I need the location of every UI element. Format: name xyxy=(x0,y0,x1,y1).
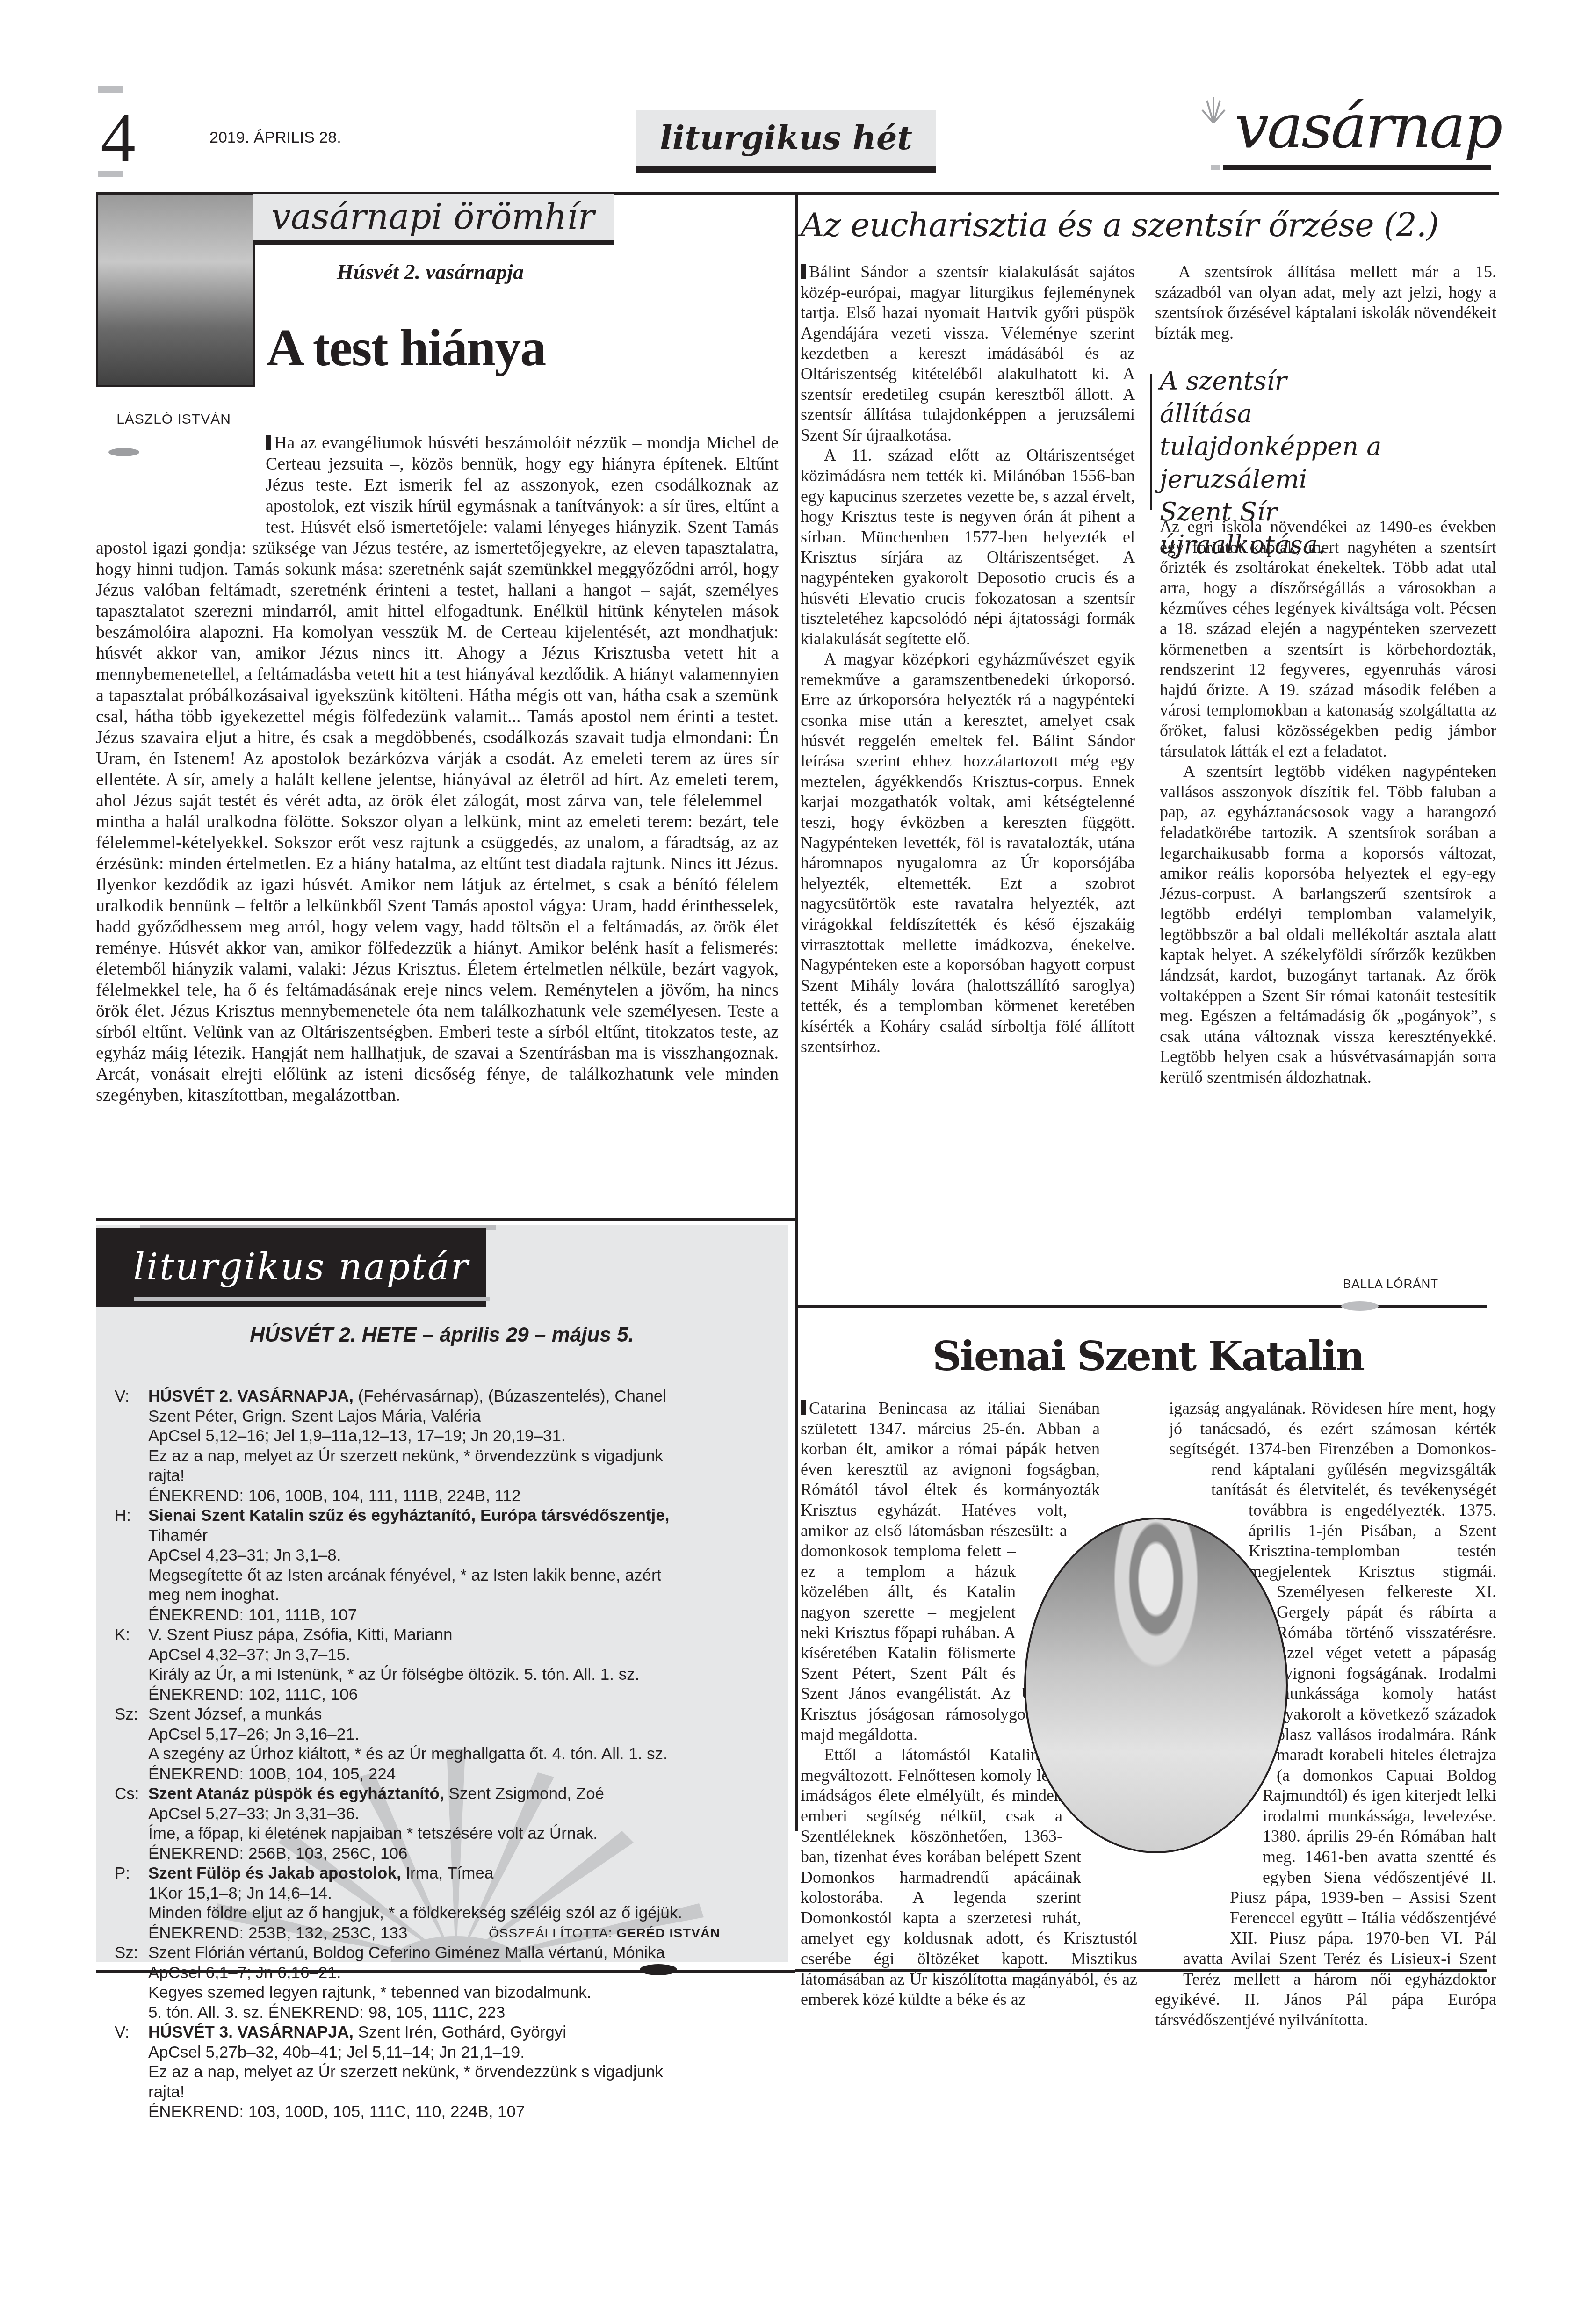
day-label: K: xyxy=(115,1625,148,1705)
page-number-bar-top xyxy=(98,86,123,93)
hymn-order: ÉNEKREND: 102, 111C, 106 xyxy=(148,1685,639,1705)
feast-name: HÚSVÉT 2. VASÁRNAPJA, xyxy=(148,1387,354,1405)
hymn-order: ÉNEKREND: 106, 100B, 104, 111, 111B, 224… xyxy=(148,1486,666,1506)
eucharisztia-col2: Az egri iskola növendékei az 1490-es éve… xyxy=(1160,517,1496,1088)
brand-underline-dark xyxy=(1223,165,1491,170)
paragraph: Az egri iskola növendékei az 1490-es éve… xyxy=(1160,517,1496,761)
author-name: LÁSZLÓ ISTVÁN xyxy=(96,412,252,427)
readings: ApCsel 5,27–33; Jn 3,31–36. xyxy=(148,1804,604,1824)
float-spacer xyxy=(1155,1880,1230,1941)
section-rubric: liturgikus hét xyxy=(636,110,936,173)
naptar-day: Sz: Szent Flórián vértanú, Boldog Ceferi… xyxy=(115,1943,783,2023)
saint-catherine-image xyxy=(1024,1518,1288,1853)
paragraph: Bálint Sándor a szentsír kialakulását sa… xyxy=(801,262,1135,444)
paragraph: A szentsírok állítása mellett már a 15. … xyxy=(1155,262,1496,343)
naptar-bottom-rule xyxy=(96,1970,795,1973)
paragraph-marker xyxy=(266,435,271,450)
day-label: Sz: xyxy=(115,1705,148,1784)
day-label: P: xyxy=(115,1864,148,1943)
naptar-ornament xyxy=(640,1964,677,1975)
naptar-day: Cs: Szent Atanáz püspök és egyháztanító,… xyxy=(115,1784,783,1864)
katalin-headline: Sienai Szent Katalin xyxy=(800,1333,1496,1380)
line: Tihamér xyxy=(148,1526,669,1546)
feast-names: Szent Irén, Gothárd, Györgyi xyxy=(354,2023,566,2041)
oromhir-bottom-rule xyxy=(96,1218,795,1221)
naptar-day: V: HÚSVÉT 2. VASÁRNAPJA, (Fehérvasárnap)… xyxy=(115,1387,783,1506)
readings: ApCsel 5,17–26; Jn 3,16–21. xyxy=(148,1725,668,1745)
pullquote-rule xyxy=(1150,374,1152,510)
credit-label: ÖSSZEÁLLÍTOTTA: xyxy=(489,1926,612,1940)
oromhir-body: Ha az evangéliumok húsvéti beszámolóit n… xyxy=(96,433,779,1106)
eucharisztia-author: BALLA LÓRÁNT xyxy=(1343,1277,1438,1291)
issue-date: 2019. ÁPRILIS 28. xyxy=(209,129,341,147)
naptar-day: Sz: Szent József, a munkás ApCsel 5,17–2… xyxy=(115,1705,783,1784)
hymn-order: ÉNEKREND: 256B, 103, 256C, 106 xyxy=(148,1844,604,1864)
hymn-order: 5. tón. All. 3. sz. ÉNEKREND: 98, 105, 1… xyxy=(148,2003,665,2023)
eucharisztia-col2-top: A szentsírok állítása mellett már a 15. … xyxy=(1155,262,1496,343)
eucharisztia-ornament xyxy=(1341,1301,1379,1311)
antiphon: Megsegítette őt az Isten arcának fényéve… xyxy=(148,1566,669,1586)
oromhir-rubric: vasárnapi örömhír xyxy=(253,194,614,245)
feast-name: HÚSVÉT 3. VASÁRNAPJA, xyxy=(148,2023,354,2041)
brand-underline xyxy=(1211,165,1220,170)
naptar-day: H: Sienai Szent Katalin szűz és egyházta… xyxy=(115,1506,783,1625)
paragraph-marker xyxy=(801,1400,806,1415)
float-spacer xyxy=(1100,1398,1137,1506)
feast-name: Szent Atanáz püspök és egyháztanító, xyxy=(148,1785,444,1803)
feast-names: Szent Zsigmond, Zoé xyxy=(444,1785,604,1803)
eucharisztia-headline: Az eucharisztia és a szentsír őrzése (2.… xyxy=(801,206,1438,244)
float-spacer xyxy=(1155,1478,1211,1520)
newspaper-brand: vasárnap xyxy=(1235,96,1501,157)
feast-name: Szent Fülöp és Jakab apostolok, xyxy=(148,1864,401,1882)
readings: ApCsel 4,23–31; Jn 3,1–8. xyxy=(148,1546,669,1566)
readings: ApCsel 5,27b–32, 40b–41; Jel 5,11–14; Jn… xyxy=(148,2043,663,2063)
naptar-subtitle: HÚSVÉT 2. HETE – április 29 – május 5. xyxy=(96,1323,788,1347)
naptar-day: K: V. Szent Piusz pápa, Zsófia, Kitti, M… xyxy=(115,1625,783,1705)
antiphon-cont: rajta! xyxy=(148,2082,663,2103)
author-photo xyxy=(96,194,255,387)
antiphon: Ez az a nap, melyet az Úr szerzett nekün… xyxy=(148,2062,663,2082)
antiphon: Király az Úr, a mi Istenünk, * az Úr föl… xyxy=(148,1665,639,1685)
page-number-bar-bottom xyxy=(98,171,123,177)
page-number: 4 xyxy=(101,103,136,173)
day-label: Cs: xyxy=(115,1784,148,1864)
oromhir-headline: A test hiánya xyxy=(267,318,545,378)
readings: ApCsel 4,32–37; Jn 3,7–15. xyxy=(148,1645,639,1665)
paragraph: A 11. század előtt az Oltáriszentséget k… xyxy=(801,445,1135,649)
sunburst-icon xyxy=(1199,96,1228,124)
feast-name: Sienai Szent Katalin szűz és egyháztanít… xyxy=(148,1506,669,1525)
antiphon: Íme, a főpap, ki életének napjaiban * te… xyxy=(148,1824,604,1844)
float-spacer xyxy=(96,433,266,538)
paragraph: A magyar középkori egyházművészet egyik … xyxy=(801,649,1135,1057)
hymn-order: ÉNEKREND: 100B, 104, 105, 224 xyxy=(148,1764,668,1785)
feast-names: V. Szent Piusz pápa, Zsófia, Kitti, Mari… xyxy=(148,1626,452,1644)
feast-names: Szent Flórián vértanú, Boldog Ceferino G… xyxy=(148,1944,665,1962)
float-spacer xyxy=(1155,1941,1183,1983)
readings: 1Kor 15,1–8; Jn 14,6–14. xyxy=(148,1884,682,1904)
day-label: V: xyxy=(115,2023,148,2122)
eucharisztia-bottom-rule xyxy=(795,1305,1487,1308)
antiphon: Kegyes szemed legyen rajtunk, * tebenned… xyxy=(148,1983,665,2003)
antiphon: Minden földre eljut az ő hangjuk, * a fö… xyxy=(148,1903,682,1923)
float-spacer xyxy=(1155,1398,1169,1478)
day-label: V: xyxy=(115,1387,148,1506)
column-divider xyxy=(795,192,798,1831)
antiphon-cont: rajta! xyxy=(148,1466,666,1486)
feast-names: Irma, Tímea xyxy=(401,1864,494,1882)
credit-name: GERÉD ISTVÁN xyxy=(616,1926,720,1940)
day-label: Sz: xyxy=(115,1943,148,2023)
katalin-bottom-rule xyxy=(795,1969,1487,1972)
naptar-list: V: HÚSVÉT 2. VASÁRNAPJA, (Fehérvasárnap)… xyxy=(115,1387,783,2122)
naptar-day: V: HÚSVÉT 3. VASÁRNAPJA, Szent Irén, Got… xyxy=(115,2023,783,2122)
antiphon: Ez az a nap, melyet az Úr szerzett nekün… xyxy=(148,1446,666,1467)
antiphon: A szegény az Úrhoz kiáltott, * és az Úr … xyxy=(148,1744,668,1764)
readings: ApCsel 5,12–16; Jel 1,9–11a,12–13, 17–19… xyxy=(148,1426,666,1446)
paragraph: A szentsírt legtöbb vidéken nagypénteken… xyxy=(1160,761,1496,1088)
eucharisztia-col1: Bálint Sándor a szentsír kialakulását sa… xyxy=(801,262,1135,1057)
paragraph-marker xyxy=(801,264,806,279)
naptar-title-shade-bottom xyxy=(134,1297,490,1301)
feast-names: (Fehérvasárnap), (Búzaszentelés), Chanel xyxy=(354,1387,666,1405)
antiphon-cont: meg nem inoghat. xyxy=(148,1585,669,1605)
naptar-rubric: liturgikus naptár xyxy=(96,1228,486,1307)
line: Szent Péter, Grign. Szent Lajos Mária, V… xyxy=(148,1407,666,1427)
naptar-credit: ÖSSZEÁLLÍTOTTA: GERÉD ISTVÁN xyxy=(489,1926,720,1941)
feast-names: Szent József, a munkás xyxy=(148,1705,322,1723)
hymn-order: ÉNEKREND: 101, 111B, 107 xyxy=(148,1605,669,1626)
hymn-order: ÉNEKREND: 103, 100D, 105, 111C, 110, 224… xyxy=(148,2102,663,2122)
day-label: H: xyxy=(115,1506,148,1625)
oromhir-kicker: Húsvét 2. vasárnapja xyxy=(262,260,599,284)
